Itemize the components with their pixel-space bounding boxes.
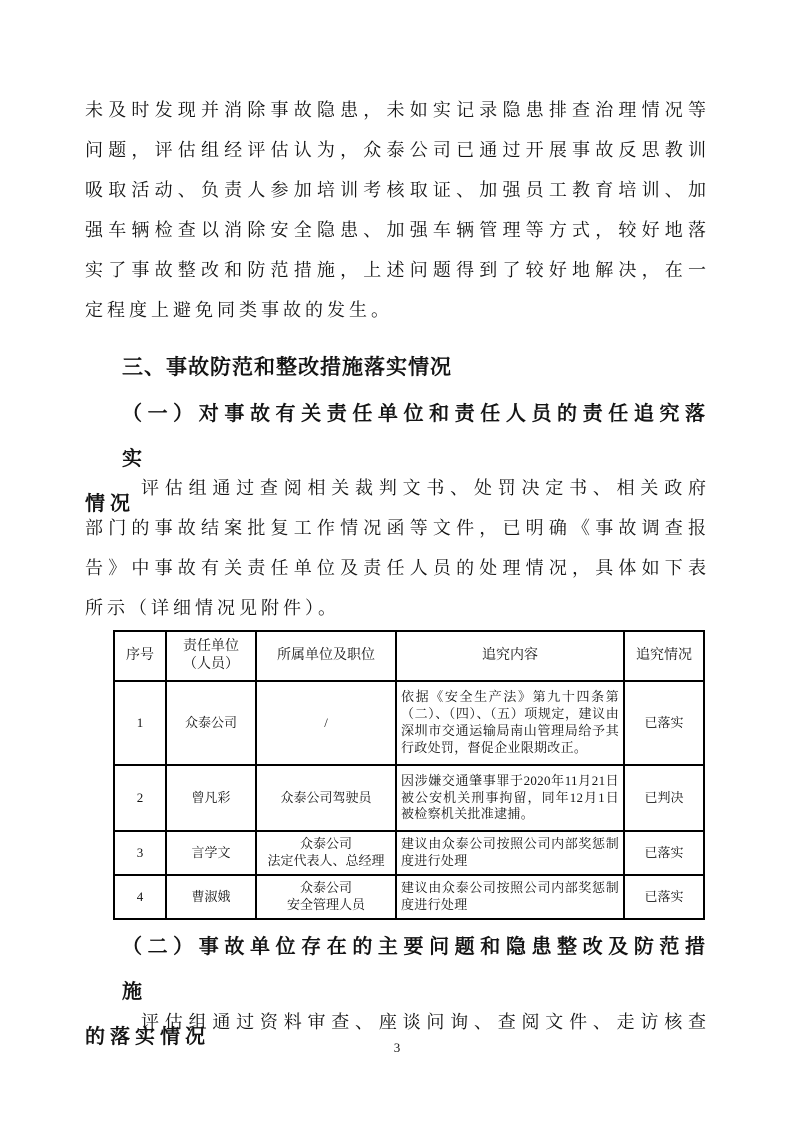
paragraph-line: 评估组通过查阅相关裁判文书、处罚决定书、相关政府 (85, 468, 710, 508)
paragraph-line: 强车辆检查以消除安全隐患、加强车辆管理等方式，较好地落 (85, 210, 710, 250)
responsibility-table: 序号 责任单位 （人员） 所属单位及职位 追究内容 追究情况 1 众泰公司 / … (113, 630, 705, 920)
table-row: 1 众泰公司 / 依据《安全生产法》第九十四条第（二）、（四）、（五）项规定，建… (114, 681, 704, 765)
cell-unit: 众泰公司 (166, 681, 256, 765)
cell-status: 已落实 (624, 681, 704, 765)
body-paragraph-2: 评估组通过查阅相关裁判文书、处罚决定书、相关政府 部门的事故结案批复工作情况函等… (85, 468, 710, 628)
paragraph-line: 吸取活动、负责人参加培训考核取证、加强员工教育培训、加 (85, 170, 710, 210)
cell-status: 已落实 (624, 875, 704, 919)
cell-seq: 3 (114, 831, 166, 875)
section-heading: 三、事故防范和整改措施落实情况 (85, 350, 710, 386)
cell-position: 众泰公司 法定代表人、总经理 (256, 831, 396, 875)
cell-content: 依据《安全生产法》第九十四条第（二）、（四）、（五）项规定，建议由深圳市交通运输… (396, 681, 624, 765)
body-paragraph-1: 未及时发现并消除事故隐患，未如实记录隐患排查治理情况等 问题，评估组经评估认为，… (85, 90, 710, 330)
cell-unit: 言学文 (166, 831, 256, 875)
cell-seq: 4 (114, 875, 166, 919)
table-header-row: 序号 责任单位 （人员） 所属单位及职位 追究内容 追究情况 (114, 631, 704, 681)
cell-content: 建议由众泰公司按照公司内部奖惩制度进行处理 (396, 875, 624, 919)
paragraph-line: 评估组通过资料审查、座谈问询、查阅文件、走访核查 (85, 1002, 710, 1042)
cell-status: 已落实 (624, 831, 704, 875)
table-row: 2 曾凡彩 众泰公司驾驶员 因涉嫌交通肇事罪于2020年11月21日被公安机关刑… (114, 765, 704, 831)
cell-status: 已判决 (624, 765, 704, 831)
body-paragraph-3: 评估组通过资料审查、座谈问询、查阅文件、走访核查 (85, 1002, 710, 1042)
cell-content: 建议由众泰公司按照公司内部奖惩制度进行处理 (396, 831, 624, 875)
table-row: 3 言学文 众泰公司 法定代表人、总经理 建议由众泰公司按照公司内部奖惩制度进行… (114, 831, 704, 875)
header-status: 追究情况 (624, 631, 704, 681)
cell-position: / (256, 681, 396, 765)
page-number: 3 (0, 1038, 794, 1058)
paragraph-line: 未及时发现并消除事故隐患，未如实记录隐患排查治理情况等 (85, 90, 710, 130)
paragraph-line: 实了事故整改和防范措施，上述问题得到了较好地解决，在一 (85, 250, 710, 290)
cell-position: 众泰公司驾驶员 (256, 765, 396, 831)
header-content: 追究内容 (396, 631, 624, 681)
paragraph-line: 问题，评估组经评估认为，众泰公司已通过开展事故反思教训 (85, 130, 710, 170)
paragraph-line: 部门的事故结案批复工作情况函等文件，已明确《事故调查报 (85, 508, 710, 548)
cell-seq: 1 (114, 681, 166, 765)
cell-content: 因涉嫌交通肇事罪于2020年11月21日被公安机关刑事拘留，同年12月1日被检察… (396, 765, 624, 831)
paragraph-line: 所示（详细情况见附件）。 (85, 588, 710, 628)
cell-unit: 曾凡彩 (166, 765, 256, 831)
header-position: 所属单位及职位 (256, 631, 396, 681)
header-seq: 序号 (114, 631, 166, 681)
cell-unit: 曹淑娥 (166, 875, 256, 919)
table-row: 4 曹淑娥 众泰公司 安全管理人员 建议由众泰公司按照公司内部奖惩制度进行处理 … (114, 875, 704, 919)
document-page: 未及时发现并消除事故隐患，未如实记录隐患排查治理情况等 问题，评估组经评估认为，… (0, 0, 794, 1123)
cell-position: 众泰公司 安全管理人员 (256, 875, 396, 919)
cell-seq: 2 (114, 765, 166, 831)
header-unit: 责任单位 （人员） (166, 631, 256, 681)
paragraph-line: 告》中事故有关责任单位及责任人员的处理情况，具体如下表 (85, 548, 710, 588)
paragraph-line: 定程度上避免同类事故的发生。 (85, 290, 710, 330)
